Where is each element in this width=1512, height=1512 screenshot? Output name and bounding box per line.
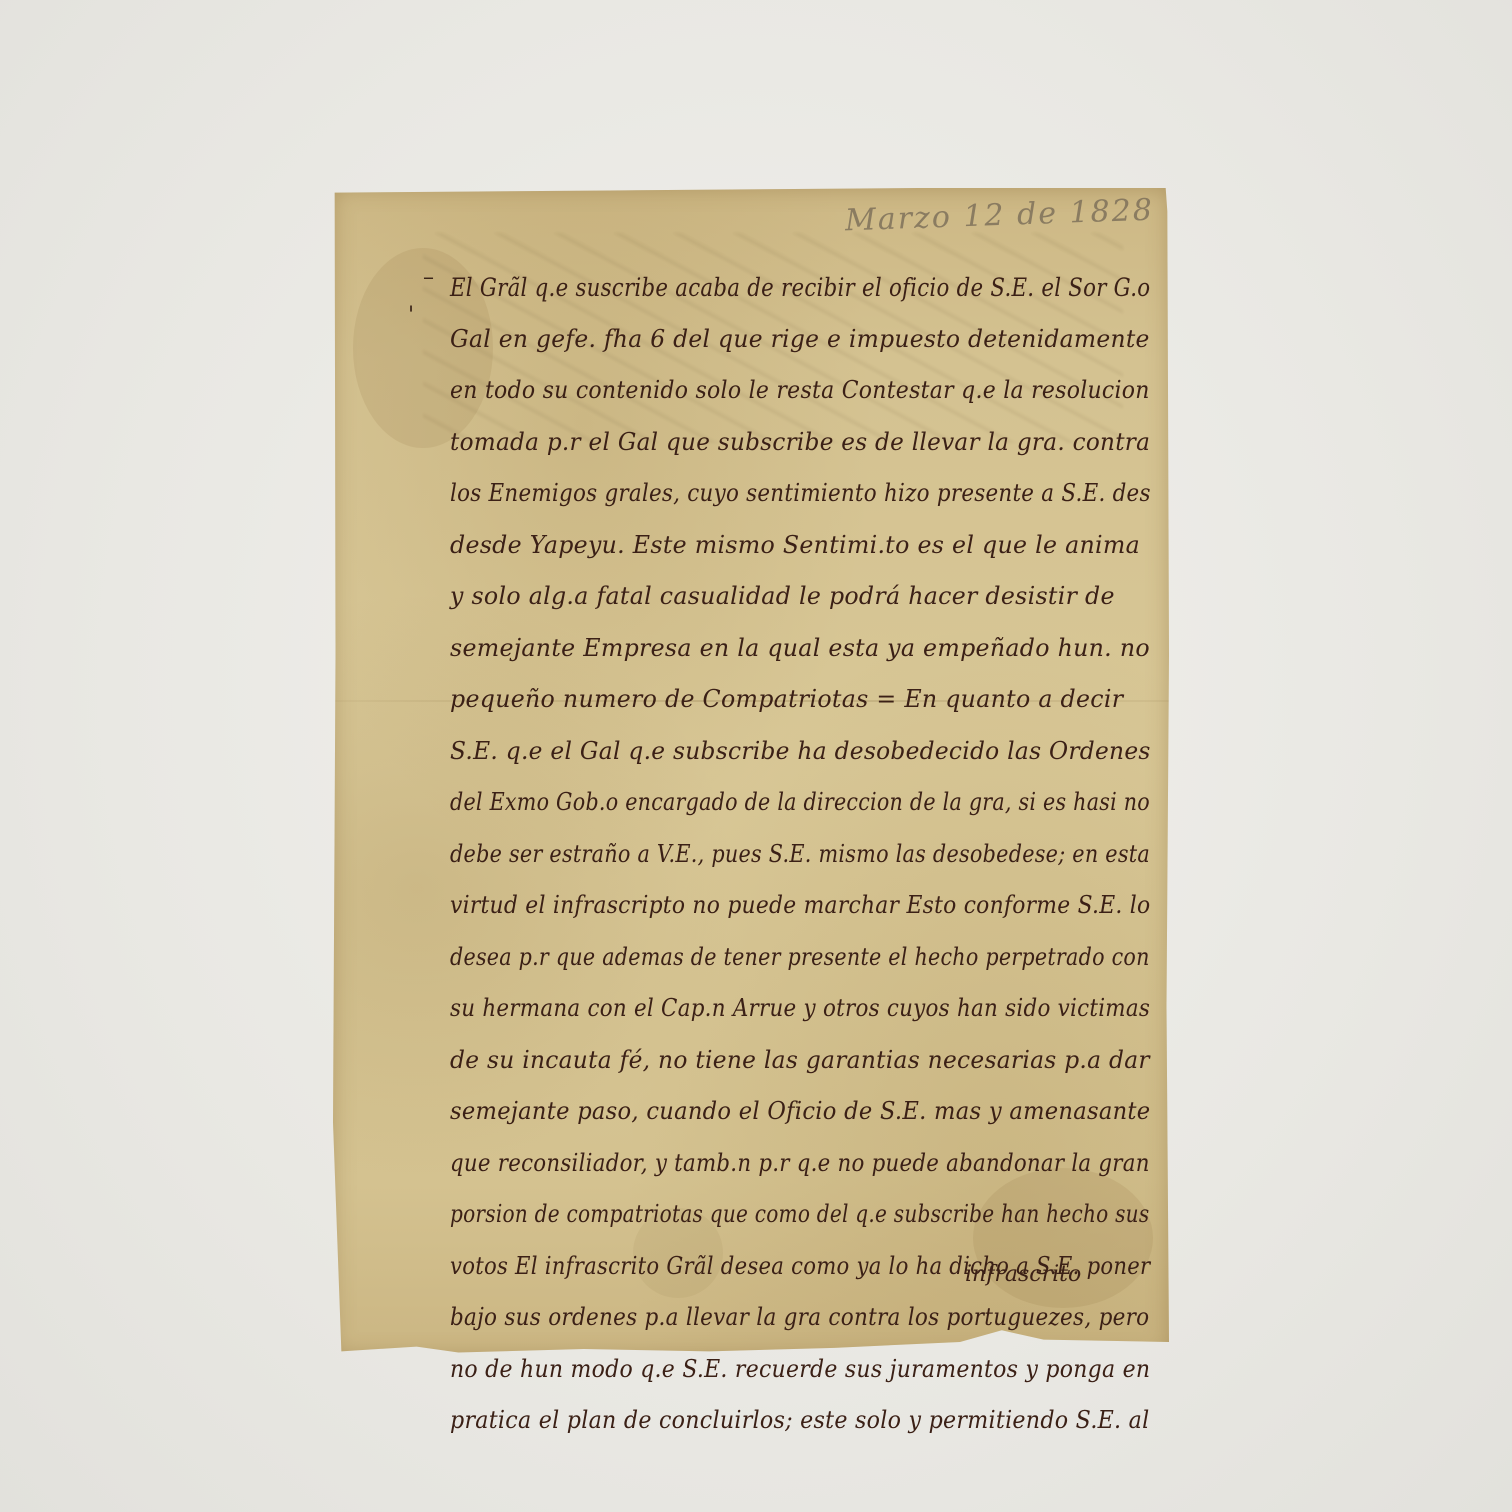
- text-line: que reconsiliador, y tamb.n p.r q.e no p…: [450, 1138, 1080, 1190]
- text-line: semejante Empresa en la qual esta ya emp…: [450, 623, 1150, 675]
- text-line: semejante paso, cuando el Oficio de S.E.…: [450, 1086, 1118, 1138]
- text-line: los Enemigos grales, cuyo sentimiento hi…: [450, 468, 1083, 520]
- text-line: porsion de compatriotas que como del q.e…: [450, 1189, 1044, 1241]
- margin-tick-mark: ': [408, 303, 414, 328]
- text-line: tomada p.r el Gal que subscribe es de ll…: [450, 417, 1134, 469]
- text-line: bajo sus ordenes p.a llevar la gra contr…: [450, 1292, 1086, 1344]
- text-line: virtud el infrascripto no puede marchar …: [450, 880, 1095, 932]
- margin-dash-mark: –: [423, 265, 434, 290]
- text-line: en todo su contenido solo le resta Conte…: [450, 365, 1100, 417]
- text-line: su hermana con el Cap.n Arrue y otros cu…: [450, 983, 1083, 1035]
- text-line: de su incauta fé, no tiene las garantias…: [450, 1035, 1139, 1087]
- text-line: no de hun modo q.e S.E. recuerde sus jur…: [450, 1344, 1100, 1396]
- text-line: pratica el plan de concluirlos; este sol…: [450, 1395, 1105, 1447]
- text-line: desde Yapeyu. Este mismo Sentimi.to es e…: [450, 520, 1150, 572]
- text-line: S.E. q.e el Gal q.e subscribe ha desobed…: [450, 726, 1139, 778]
- signoff-text: infrascrito: [965, 1262, 1081, 1287]
- text-line: El Grãl q.e suscribe acaba de recibir el…: [450, 262, 1055, 314]
- text-line: pequeño numero de Compatriotas = En quan…: [450, 674, 1150, 726]
- text-line: desea p.r que ademas de tener presente e…: [450, 932, 1061, 984]
- text-line: Gal en gefe. fha 6 del que rige e impues…: [450, 314, 1142, 366]
- text-line: del Exmo Gob.o encargado de la direccion…: [450, 777, 1060, 829]
- text-line: debe ser estraño a V.E., pues S.E. mismo…: [450, 829, 1063, 881]
- text-line: y solo alg.a fatal casualidad le podrá h…: [450, 571, 1150, 623]
